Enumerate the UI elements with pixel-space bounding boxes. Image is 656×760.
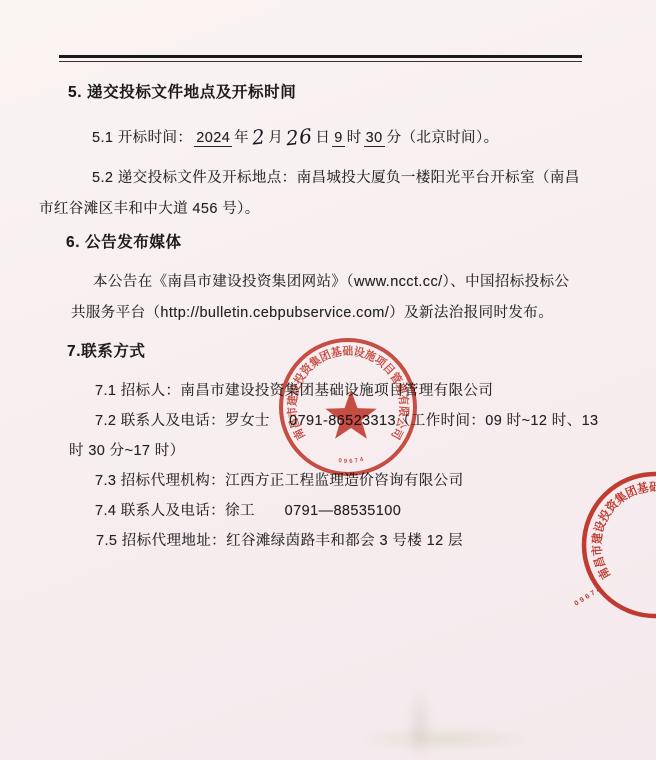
seal-star-icon [325, 390, 376, 439]
clause-5-2-line1: 5.2 递交投标文件及开标地点：南昌城投大厦负一楼阳光平台开标室（南昌 [92, 168, 580, 188]
month-unit: 月 [268, 130, 283, 146]
scanned-document-page: 5. 递交投标文件地点及开标时间 5.1 开标时间：2024年2月26日9时30… [0, 0, 656, 760]
company-seal: 南昌市建设投资集团基础设施项目管理有限公司 09674 [275, 333, 425, 483]
open-minute-value: 30 [364, 130, 385, 147]
clause-7-5: 7.5 招标代理地址：红谷滩绿茵路丰和都会 3 号楼 12 层 [96, 531, 463, 551]
scan-smudge [356, 726, 536, 752]
seal-serial-holder: 09674 [338, 456, 366, 465]
scan-smudge [406, 688, 434, 760]
open-year-value: 2024 [194, 130, 232, 147]
edge-seal-ring-text-holder: 南昌市建设投资集团基础设施项目管理有限公司 [589, 479, 656, 582]
open-hour-value: 9 [332, 130, 344, 147]
seal-serial-number: 09674 [338, 456, 366, 465]
clause-5-2-line2: 市红谷滩区丰和中大道 456 号）。 [39, 199, 260, 219]
clause-7-2-line2: 时 30 分~17 时） [69, 441, 185, 461]
edge-seal-ring-text: 南昌市建设投资集团基础设施项目管理有限公司 [589, 479, 656, 582]
clause-7-4: 7.4 联系人及电话：徐工 0791—88535100 [95, 501, 401, 521]
clause-6-heading: 6. 公告发布媒体 [66, 233, 182, 253]
clause-6-line2: 共服务平台（http://bulletin.cebpubservice.com/… [71, 303, 553, 323]
clause-5-heading: 5. 递交投标文件地点及开标时间 [68, 83, 296, 103]
handwritten-month: 2 [251, 126, 266, 147]
edge-seal: 南昌市建设投资集团基础设施项目管理有限公司 09674 [570, 460, 656, 630]
hour-unit: 时 [347, 130, 362, 146]
day-unit: 日 [315, 130, 330, 146]
edge-seal-serial-number: 09674 [573, 585, 604, 608]
header-rule [59, 55, 582, 62]
clause-5-1-line: 5.1 开标时间：2024年2月26日9时30分（北京时间）。 [92, 127, 499, 148]
clause-7-heading: 7.联系方式 [67, 342, 146, 362]
open-time-label: 5.1 开标时间： [92, 130, 192, 146]
handwritten-day: 26 [285, 126, 313, 149]
year-unit: 年 [234, 130, 249, 146]
minute-unit: 分（北京时间）。 [387, 130, 499, 146]
clause-6-line1: 本公告在《南昌市建设投资集团网站》（www.ncct.cc/）、中国招标投标公 [93, 272, 569, 292]
